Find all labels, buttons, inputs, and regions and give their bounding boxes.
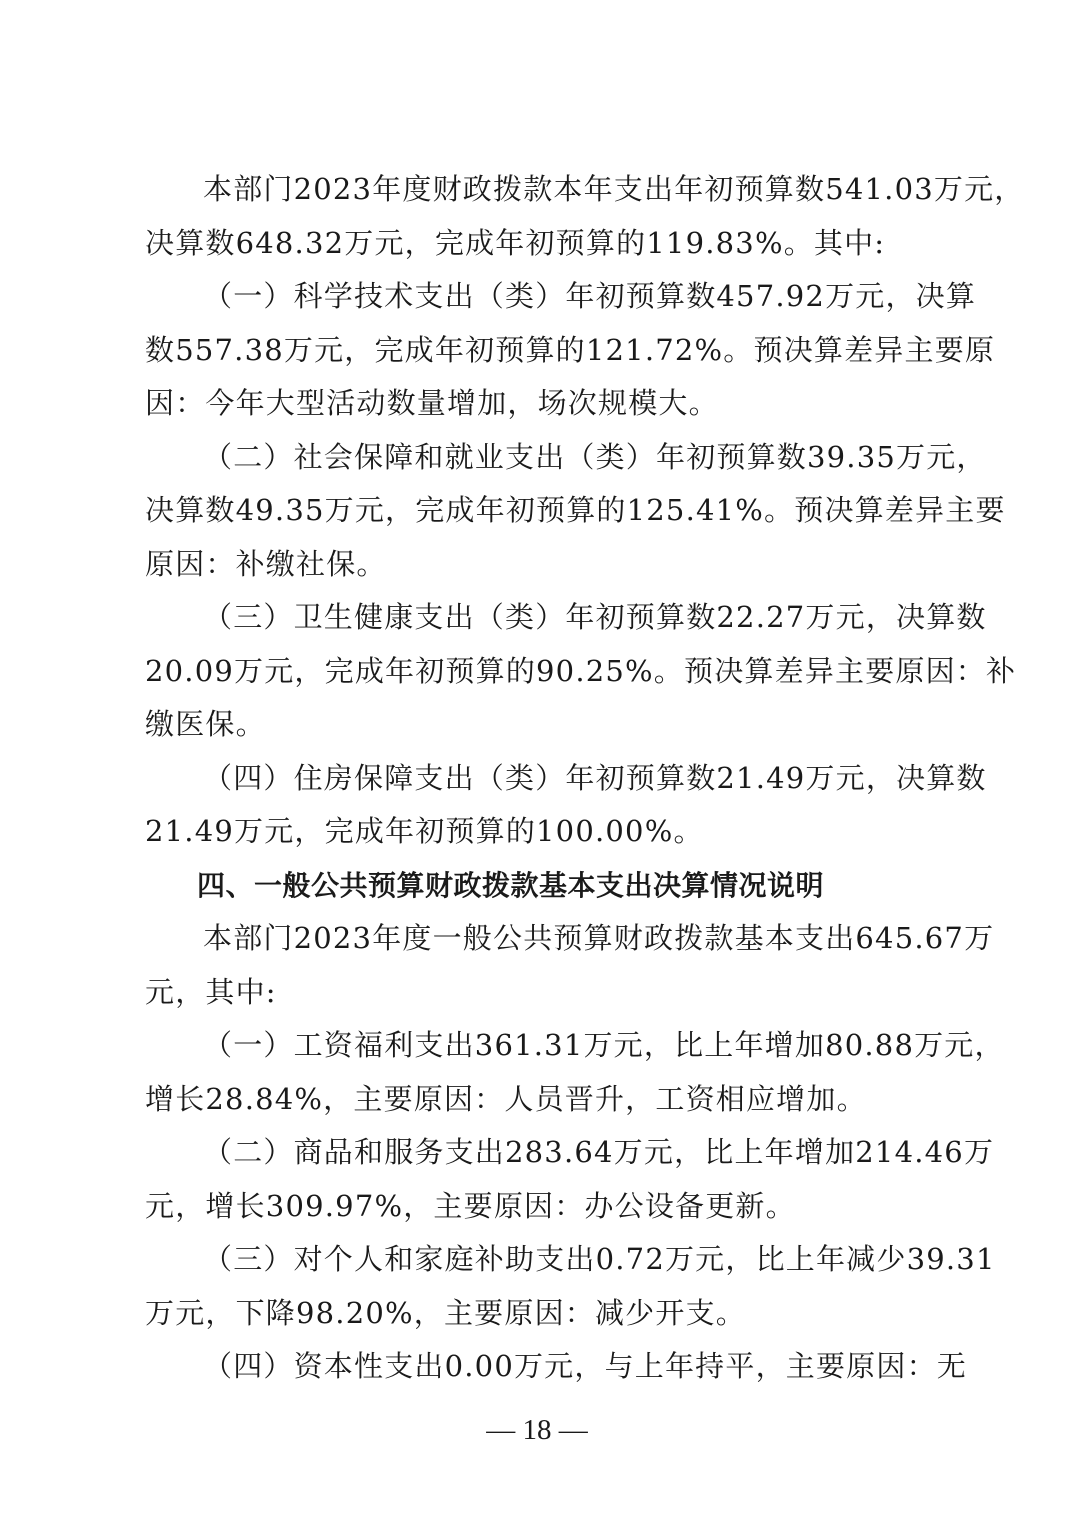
paragraph-health-expenditure: （三）卫生健康支出（类）年初预算数22.27万元，决算数 20.09万元，完成年… <box>145 591 945 752</box>
text-line: （二）社会保障和就业支出（类）年初预算数39.35万元， <box>145 431 945 485</box>
text-line: 决算数49.35万元，完成年初预算的125.41%。预决算差异主要 <box>145 484 945 538</box>
paragraph-goods-services: （二）商品和服务支出283.64万元，比上年增加214.46万 元，增长309.… <box>145 1126 945 1233</box>
section-heading: 四、一般公共预算财政拨款基本支出决算情况说明 <box>145 859 945 913</box>
text-line: 元，其中: <box>145 966 945 1020</box>
page-number: — 18 — <box>0 1410 1074 1450</box>
text-line: （三）卫生健康支出（类）年初预算数22.27万元，决算数 <box>145 591 945 645</box>
text-line: 20.09万元，完成年初预算的90.25%。预决算差异主要原因：补 <box>145 645 945 699</box>
text-line: 增长28.84%，主要原因：人员晋升，工资相应增加。 <box>145 1073 945 1127</box>
text-line: （三）对个人和家庭补助支出0.72万元，比上年减少39.31 <box>145 1233 945 1287</box>
paragraph-intro: 本部门2023年度财政拨款本年支出年初预算数541.03万元， 决算数648.3… <box>145 163 945 270</box>
text-line: 缴医保。 <box>145 698 945 752</box>
paragraph-capital-expenditure: （四）资本性支出0.00万元，与上年持平，主要原因：无 <box>145 1340 945 1394</box>
document-page: 本部门2023年度财政拨款本年支出年初预算数541.03万元， 决算数648.3… <box>0 0 1074 1520</box>
paragraph-wages-benefits: （一）工资福利支出361.31万元，比上年增加80.88万元， 增长28.84%… <box>145 1019 945 1126</box>
text-line: （四）资本性支出0.00万元，与上年持平，主要原因：无 <box>145 1340 945 1394</box>
text-line: 元，增长309.97%，主要原因：办公设备更新。 <box>145 1180 945 1234</box>
text-line: （一）科学技术支出（类）年初预算数457.92万元，决算 <box>145 270 945 324</box>
text-line: 数557.38万元，完成年初预算的121.72%。预决算差异主要原 <box>145 324 945 378</box>
text-line: 决算数648.32万元，完成年初预算的119.83%。其中: <box>145 217 945 271</box>
text-line: （四）住房保障支出（类）年初预算数21.49万元，决算数 <box>145 752 945 806</box>
text-line: （二）商品和服务支出283.64万元，比上年增加214.46万 <box>145 1126 945 1180</box>
paragraph-household-subsidies: （三）对个人和家庭补助支出0.72万元，比上年减少39.31 万元，下降98.2… <box>145 1233 945 1340</box>
text-line: （一）工资福利支出361.31万元，比上年增加80.88万元， <box>145 1019 945 1073</box>
text-line: 万元，下降98.20%，主要原因：减少开支。 <box>145 1287 945 1341</box>
text-line: 本部门2023年度一般公共预算财政拨款基本支出645.67万 <box>145 912 945 966</box>
paragraph-science-expenditure: （一）科学技术支出（类）年初预算数457.92万元，决算 数557.38万元，完… <box>145 270 945 431</box>
text-line: 原因：补缴社保。 <box>145 538 945 592</box>
text-line: 本部门2023年度财政拨款本年支出年初预算数541.03万元， <box>145 163 945 217</box>
text-line: 因：今年大型活动数量增加，场次规模大。 <box>145 377 945 431</box>
document-body: 本部门2023年度财政拨款本年支出年初预算数541.03万元， 决算数648.3… <box>145 163 945 1394</box>
paragraph-housing-expenditure: （四）住房保障支出（类）年初预算数21.49万元，决算数 21.49万元，完成年… <box>145 752 945 859</box>
text-line: 21.49万元，完成年初预算的100.00%。 <box>145 805 945 859</box>
paragraph-social-security-expenditure: （二）社会保障和就业支出（类）年初预算数39.35万元， 决算数49.35万元，… <box>145 431 945 592</box>
paragraph-basic-expenditure-intro: 本部门2023年度一般公共预算财政拨款基本支出645.67万 元，其中: <box>145 912 945 1019</box>
